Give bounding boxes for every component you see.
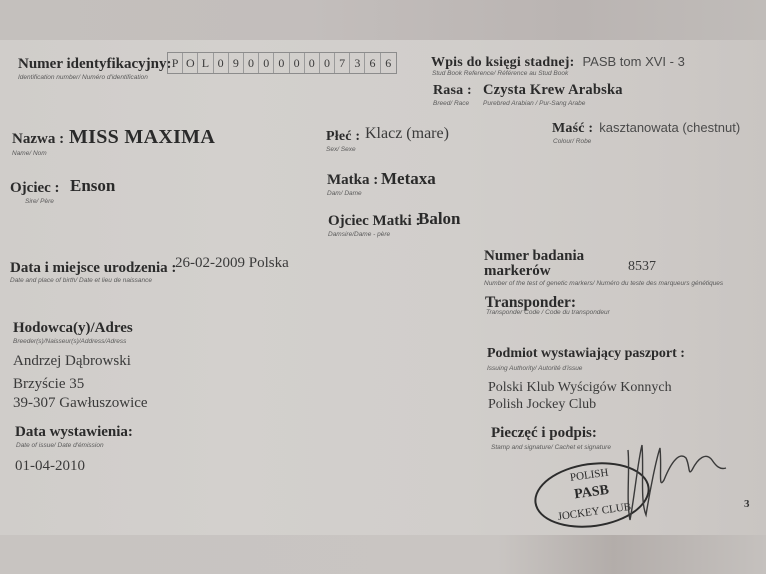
issuing-authority-label: Podmiot wystawiający paszport :	[487, 346, 685, 362]
breeder-city: 39-307 Gawłuszowice	[13, 395, 148, 412]
identification-char-cell: 0	[305, 53, 320, 73]
birth-label: Data i miejsce urodzenia :	[10, 260, 176, 277]
breed-sublabel-value: Purebred Arabian / Pur-Sang Arabe	[483, 100, 585, 107]
issue-date-label: Data wystawienia:	[15, 424, 133, 441]
identification-char-cell: 7	[335, 53, 350, 73]
marker-test-sublabel: Number of the test of genetic markers/ N…	[484, 280, 723, 287]
identification-char-cell: 0	[259, 53, 274, 73]
colour-label: Maść :	[552, 121, 593, 136]
identification-number-boxes: POL090000007366	[167, 52, 397, 74]
stud-book-field: Wpis do księgi stadnej: PASB tom XVI - 3	[431, 53, 685, 71]
birth-sublabel: Date and place of birth/ Date et lieu de…	[10, 277, 152, 284]
sire-label: Ojciec :	[10, 180, 60, 197]
identification-char-cell: P	[168, 53, 183, 73]
dam-label: Matka :	[327, 172, 378, 189]
identification-char-cell: L	[198, 53, 213, 73]
transponder-sublabel: Transponder Code / Code du transpondeur	[486, 309, 610, 316]
identification-char-cell: 0	[290, 53, 305, 73]
colour-value: kasztanowata (chestnut)	[599, 120, 740, 135]
sire-sublabel: Sire/ Père	[25, 198, 54, 205]
stud-book-value: PASB tom XVI - 3	[582, 54, 684, 69]
identification-char-cell: 0	[274, 53, 289, 73]
name-label: Nazwa :	[12, 131, 64, 148]
identification-char-cell: 0	[320, 53, 335, 73]
identification-char-cell: 0	[244, 53, 259, 73]
colour-sublabel: Colour/ Robe	[553, 138, 591, 145]
identification-char-cell: 6	[365, 53, 380, 73]
name-sublabel: Name/ Nom	[12, 150, 47, 157]
stamp-signature-sublabel: Stamp and signature/ Cachet et signature	[491, 444, 611, 451]
sex-value: Klacz (mare)	[365, 125, 449, 143]
damsire-label: Ojciec Matki :	[328, 213, 420, 230]
dam-value: Metaxa	[381, 169, 436, 189]
stamp-signature-label: Pieczęć i podpis:	[491, 425, 597, 442]
issuing-authority-line2: Polish Jockey Club	[488, 397, 596, 413]
issue-date-sublabel: Date of issue/ Date d'émission	[16, 442, 104, 449]
breed-value: Czysta Krew Arabska	[483, 82, 623, 99]
marker-test-value: 8537	[628, 259, 656, 275]
birth-value: 26-02-2009 Polska	[175, 255, 289, 272]
damsire-sublabel: Damsire/Dame - père	[328, 231, 390, 238]
identification-sublabel: Identification number/ Numéro d'identifi…	[18, 74, 148, 81]
sex-sublabel: Sex/ Sexe	[326, 146, 356, 153]
stud-book-label: Wpis do księgi stadnej:	[431, 55, 574, 70]
damsire-value: Balon	[418, 209, 461, 229]
identification-char-cell: 0	[214, 53, 229, 73]
colour-field: Maść : kasztanowata (chestnut)	[552, 119, 740, 137]
issuing-authority-line1: Polski Klub Wyścigów Konnych	[488, 380, 672, 396]
identification-char-cell: 6	[381, 53, 396, 73]
breeder-name: Andrzej Dąbrowski	[13, 353, 131, 370]
marker-test-label-line2: markerów	[484, 263, 551, 280]
issuing-authority-sublabel: Issuing Authority/ Autorité d'issue	[487, 365, 582, 372]
name-value: MISS MAXIMA	[69, 126, 215, 149]
signature-icon	[620, 430, 730, 530]
breeder-label: Hodowca(y)/Adres	[13, 320, 133, 337]
breed-sublabel: Breed/ Race	[433, 100, 469, 107]
dam-sublabel: Dam/ Dame	[327, 190, 362, 197]
background-surface	[0, 535, 766, 574]
page-number: 3	[744, 498, 750, 510]
stud-book-sublabel: Stud Book Reference/ Référence au Stud B…	[432, 70, 568, 77]
identification-char-cell: 9	[229, 53, 244, 73]
sex-label: Płeć :	[326, 129, 360, 145]
breeder-street: Brzyście 35	[13, 376, 84, 393]
issue-date-value: 01-04-2010	[15, 458, 85, 475]
breeder-sublabel: Breeder(s)/Naisseur(s)/Address/Adress	[13, 338, 126, 345]
breed-label: Rasa :	[433, 83, 472, 99]
identification-char-cell: O	[183, 53, 198, 73]
identification-label: Numer identyfikacyjny:	[18, 56, 171, 73]
sire-value: Enson	[70, 176, 115, 196]
identification-char-cell: 3	[350, 53, 365, 73]
